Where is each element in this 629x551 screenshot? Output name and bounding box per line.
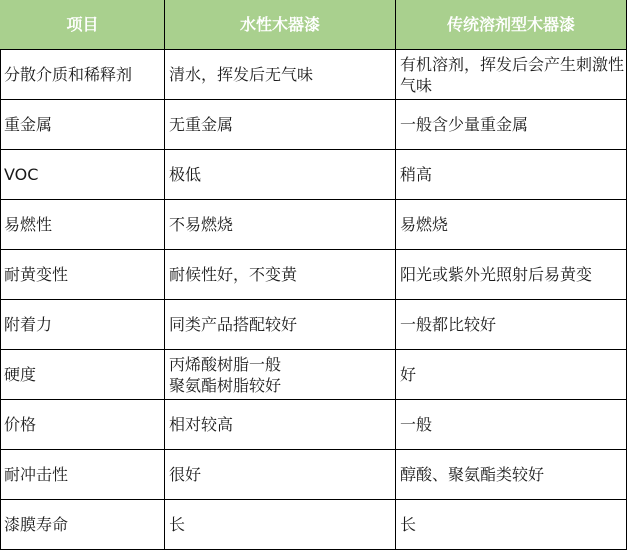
comparison-table: 项目 水性木器漆 传统溶剂型木器漆 分散介质和稀释剂 清水，挥发后无气味 有机溶… — [0, 0, 627, 550]
table-row: 硬度 丙烯酸树脂一般 聚氨酯树脂较好 好 — [1, 350, 627, 400]
cell-solvent-based: 有机溶剂，挥发后会产生刺激性气味 — [396, 50, 627, 100]
cell-item: 价格 — [1, 400, 165, 450]
table-row: VOC 极低 稍高 — [1, 150, 627, 200]
cell-item: 耐黄变性 — [1, 250, 165, 300]
cell-water-based: 耐候性好，不变黄 — [165, 250, 396, 300]
cell-item: 硬度 — [1, 350, 165, 400]
cell-water-based: 同类产品搭配较好 — [165, 300, 396, 350]
cell-water-based: 长 — [165, 500, 396, 550]
table-row: 重金属 无重金属 一般含少量重金属 — [1, 100, 627, 150]
cell-item: 分散介质和稀释剂 — [1, 50, 165, 100]
cell-item: 重金属 — [1, 100, 165, 150]
cell-water-based: 相对较高 — [165, 400, 396, 450]
cell-water-based: 无重金属 — [165, 100, 396, 150]
table-row: 耐冲击性 很好 醇酸、聚氨酯类较好 — [1, 450, 627, 500]
cell-item: 耐冲击性 — [1, 450, 165, 500]
cell-item: 易燃性 — [1, 200, 165, 250]
cell-item: 附着力 — [1, 300, 165, 350]
header-row: 项目 水性木器漆 传统溶剂型木器漆 — [1, 0, 627, 50]
cell-water-based: 不易燃烧 — [165, 200, 396, 250]
cell-item: VOC — [1, 150, 165, 200]
cell-line: 聚氨酯树脂较好 — [169, 375, 395, 396]
table-row: 价格 相对较高 一般 — [1, 400, 627, 450]
cell-solvent-based: 好 — [396, 350, 627, 400]
cell-solvent-based: 一般含少量重金属 — [396, 100, 627, 150]
cell-water-based: 很好 — [165, 450, 396, 500]
table-row: 分散介质和稀释剂 清水，挥发后无气味 有机溶剂，挥发后会产生刺激性气味 — [1, 50, 627, 100]
header-solvent-based: 传统溶剂型木器漆 — [396, 0, 627, 50]
cell-solvent-based: 一般 — [396, 400, 627, 450]
cell-water-based: 极低 — [165, 150, 396, 200]
header-item: 项目 — [1, 0, 165, 50]
table-row: 易燃性 不易燃烧 易燃烧 — [1, 200, 627, 250]
header-water-based: 水性木器漆 — [165, 0, 396, 50]
cell-water-based: 清水，挥发后无气味 — [165, 50, 396, 100]
cell-water-based: 丙烯酸树脂一般 聚氨酯树脂较好 — [165, 350, 396, 400]
cell-item: 漆膜寿命 — [1, 500, 165, 550]
cell-solvent-based: 长 — [396, 500, 627, 550]
cell-solvent-based: 阳光或紫外光照射后易黄变 — [396, 250, 627, 300]
cell-solvent-based: 一般都比较好 — [396, 300, 627, 350]
cell-solvent-based: 稍高 — [396, 150, 627, 200]
cell-solvent-based: 易燃烧 — [396, 200, 627, 250]
cell-line: 丙烯酸树脂一般 — [169, 354, 395, 375]
table-row: 漆膜寿命 长 长 — [1, 500, 627, 550]
table-row: 耐黄变性 耐候性好，不变黄 阳光或紫外光照射后易黄变 — [1, 250, 627, 300]
cell-solvent-based: 醇酸、聚氨酯类较好 — [396, 450, 627, 500]
table-row: 附着力 同类产品搭配较好 一般都比较好 — [1, 300, 627, 350]
